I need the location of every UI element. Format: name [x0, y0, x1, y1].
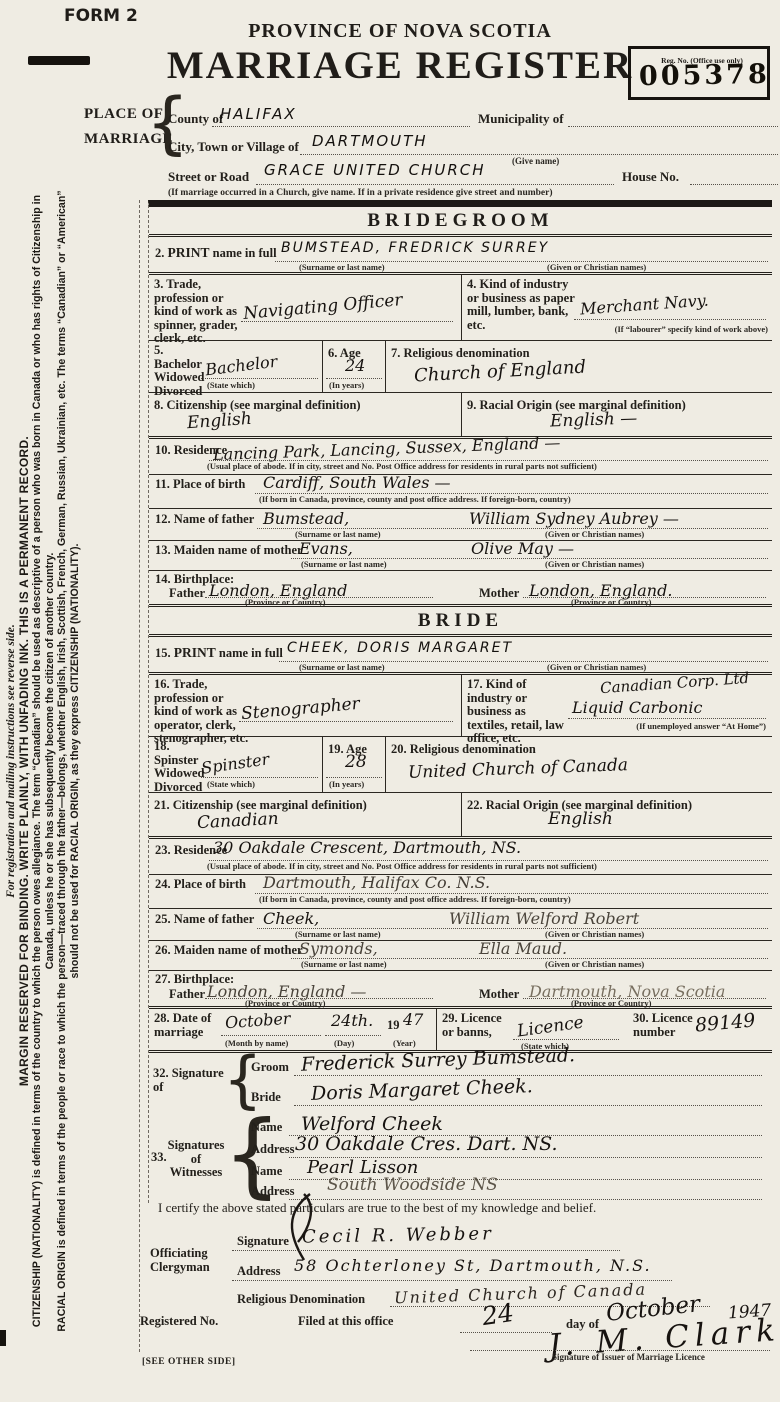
field30-label: 30. Licence number [633, 1012, 701, 1039]
witness1-name-label: Name [251, 1121, 282, 1135]
groom-status-dotline [201, 378, 318, 379]
house-no-dotline [690, 184, 778, 185]
bride-age-sub: (In years) [329, 780, 364, 789]
street-label: Street or Road [168, 170, 249, 184]
county-dotline [212, 126, 470, 127]
county-value: HALIFAX [220, 105, 297, 123]
bride-mother-birthplace-sub: (Province or Country) [571, 999, 651, 1008]
bride-residence-sub: (Usual place of abode. If in city, stree… [207, 862, 597, 871]
field16-label: 16. Trade, profession or kind of work as… [154, 678, 250, 746]
field15-no: 15. [155, 646, 171, 660]
row-witnesses: 33. Signatures of Witnesses { Name Welfo… [149, 1117, 772, 1203]
bride-trade-value: Stenographer [240, 694, 360, 724]
bride-mother-label: Mother [479, 988, 519, 1002]
cell-groom-age: 6. Age 24 (In years) [322, 341, 385, 392]
bride-signature: Doris Margaret Cheek. [311, 1075, 533, 1105]
labourer-note: (If “labourer” specify kind of work abov… [615, 325, 768, 334]
church-note: (If marriage occurred in a Church, give … [168, 189, 553, 198]
bride-mother-surname: Symonds, [299, 939, 378, 958]
see-other-side-note: [SEE OTHER SIDE] [142, 1356, 236, 1370]
witness2-name-label: Name [251, 1165, 282, 1179]
licence-number-value: 89149 [694, 1009, 756, 1036]
bride-heading: BRIDE [149, 607, 772, 632]
field11-label: 11. Place of birth [155, 478, 245, 492]
cell-groom-religion: 7. Religious denomination Church of Engl… [385, 341, 772, 392]
groom-age-dotline [326, 378, 382, 379]
row-groom-father: 12. Name of father Bumstead, William Syd… [149, 509, 772, 541]
field33-label: Signatures of Witnesses [165, 1139, 227, 1180]
field24-label: 24. Place of birth [155, 878, 246, 892]
groom-race-value: English — [550, 408, 638, 431]
groom-birthplace-sub: (If born in Canada, province, county and… [259, 495, 571, 504]
margin-binding-note: MARGIN RESERVED FOR BINDING. WRITE PLAIN… [17, 186, 31, 1336]
reg-number-box: Reg. No. (Office use only) 005378 [628, 46, 770, 100]
row-bride-mother: 26. Maiden name of mother Symonds, Ella … [149, 941, 772, 971]
bride-name-sub-surname: (Surname or last name) [299, 663, 385, 672]
field2-print: PRINT [168, 245, 210, 260]
witness1-address: 30 Oakdale Cres. Dart. NS. [295, 1133, 558, 1155]
edge-ink-mark [0, 1330, 6, 1346]
bride-trade-dotline [239, 721, 453, 722]
year-sub: (Year) [393, 1039, 416, 1048]
filed-day-value: 24 [480, 1298, 516, 1331]
bride-residence-value: 30 Oakdale Crescent, Dartmouth, NS. [213, 838, 521, 857]
groom-mother-sub-given: (Given or Christian names) [545, 560, 644, 569]
groom-industry-dotline [574, 319, 766, 320]
bride-citizenship-value: Canadian [197, 809, 280, 833]
clergy-signature-dotline [232, 1250, 620, 1251]
groom-name-sub-given: (Given or Christian names) [547, 263, 646, 272]
bride-race-value: English [548, 809, 613, 829]
groom-trade-value: Navigating Officer [242, 290, 403, 324]
groom-father-sub-surname: (Surname or last name) [295, 530, 381, 539]
bride-industry-dotline [568, 718, 766, 719]
street-value: GRACE UNITED CHURCH [264, 161, 486, 179]
field3-label: 3. Trade, profession or kind of work as … [154, 278, 250, 346]
witness1-name: Welford Cheek [301, 1113, 443, 1135]
registered-no-label: Registered No. [140, 1315, 218, 1329]
row-groom-name: 2. PRINT name in full BUMSTEAD, FREDRICK… [149, 237, 772, 275]
row-bride-citizenship-race: 21. Citizenship (see marginal definition… [149, 793, 772, 839]
certify-statement: I certify the above stated particulars a… [158, 1201, 596, 1215]
row-bride-trade-industry: 16. Trade, profession or kind of work as… [149, 675, 772, 737]
bride-section-header: BRIDE [149, 607, 772, 637]
city-label: City, Town or Village of [168, 140, 299, 154]
row-groom-residence: 10. Residence Lancing Park, Lancing, Sus… [149, 439, 772, 475]
witness1-address-label: Address [251, 1143, 295, 1157]
field13-label: 13. Maiden name of mother [155, 544, 303, 558]
at-home-note: (If unemployed answer “At Home”) [636, 722, 766, 731]
officiating-clergyman-label: Officiating Clergyman [150, 1247, 224, 1274]
marriage-month-value: October [224, 1009, 291, 1033]
bride-age-value: 28 [345, 752, 367, 772]
row-bride-father: 25. Name of father Cheek, William Welfor… [149, 909, 772, 941]
cell-groom-industry: 4. Kind of industry or business as paper… [461, 275, 772, 340]
row-bride-parents-birthplace: 27. Birthplace: Father London, England —… [149, 971, 772, 1009]
groom-status-value: Bachelor [204, 352, 278, 380]
cell-bride-status: 18. Spinster Widowed Divorced Spinster (… [149, 737, 322, 792]
clergy-address-value: 58 Ochterloney St, Dartmouth, N.S. [294, 1256, 652, 1275]
groom-industry-value: Merchant Navy. [579, 291, 709, 319]
field15-print: PRINT [174, 645, 216, 660]
marriage-year-value: 47 [403, 1010, 423, 1029]
page-title: MARRIAGE REGISTER [100, 44, 700, 88]
cell-bride-trade: 16. Trade, profession or kind of work as… [149, 675, 461, 736]
field26-label: 26. Maiden name of mother [155, 944, 303, 958]
groom-mother-birthplace-sub: (Province or Country) [571, 598, 651, 607]
binding-divider-line [139, 200, 140, 1352]
row-bride-name: 15. PRINT name in full CHEEK, DORIS MARG… [149, 637, 772, 675]
cell-licence: 29. Licence or banns, Licence (State whi… [436, 1009, 772, 1050]
bride-mother-sub-given: (Given or Christian names) [545, 960, 644, 969]
cell-groom-race: 9. Racial Origin (see marginal definitio… [461, 393, 772, 436]
bride-father-sub-surname: (Surname or last name) [295, 930, 381, 939]
bride-sig-dotline [294, 1105, 762, 1106]
binding-margin-instructions: For registration and mailing instruction… [5, 186, 135, 1336]
groom-mother-sub-surname: (Surname or last name) [301, 560, 387, 569]
month-dotline [221, 1035, 321, 1036]
cell-bride-industry: 17. Kind of industry or business as text… [461, 675, 772, 736]
row-groom-trade-industry: 3. Trade, profession or kind of work as … [149, 275, 772, 341]
year-printed-19: 19 [387, 1019, 400, 1033]
field17-label: 17. Kind of industry or business as text… [467, 678, 569, 746]
city-dotline [300, 154, 778, 155]
mother-label: Mother [479, 587, 519, 601]
row-groom-status-age-religion: 5. Bachelor Widowed Divorced Bachelor (S… [149, 341, 772, 393]
cell-bride-citizenship: 21. Citizenship (see marginal definition… [149, 793, 461, 836]
field12-label: 12. Name of father [155, 513, 254, 527]
groom-religion-value: Church of England [414, 357, 587, 387]
field7-label: 7. Religious denomination [391, 346, 530, 360]
street-dotline [256, 184, 614, 185]
house-no-label: House No. [622, 170, 679, 184]
denomination-label: Religious Denomination [237, 1293, 365, 1307]
groom-citizenship-value: English [186, 409, 252, 433]
field2-label: name in full [213, 246, 277, 260]
bride-status-dotline [201, 777, 318, 778]
field15-label: name in full [219, 646, 283, 660]
row-bride-birthplace: 24. Place of birth Dartmouth, Halifax Co… [149, 875, 772, 909]
cell-groom-status: 5. Bachelor Widowed Divorced Bachelor (S… [149, 341, 322, 392]
groom-status-sub: (State which) [207, 381, 255, 390]
row-groom-birthplace: 11. Place of birth Cardiff, South Wales … [149, 475, 772, 509]
county-label: County of [168, 112, 223, 126]
marriage-register-page: For registration and mailing instruction… [0, 0, 780, 1402]
cell-bride-age: 19. Age 28 (In years) [322, 737, 385, 792]
margin-registration-note: For registration and mailing instruction… [5, 186, 17, 1336]
filed-day-dotline [460, 1332, 552, 1333]
city-value: DARTMOUTH [312, 132, 428, 150]
filed-label: Filed at this office [298, 1315, 393, 1329]
cell-groom-citizenship: 8. Citizenship (see marginal definition)… [149, 393, 461, 436]
bride-father-given: William Welford Robert [449, 909, 639, 928]
groom-sig-label: Groom [251, 1061, 289, 1075]
day-sub: (Day) [334, 1039, 354, 1048]
bride-father-label: Father [169, 988, 205, 1002]
bride-age-dotline [326, 777, 382, 778]
day-dotline [325, 1035, 381, 1036]
groom-name-value: BUMSTEAD, FREDRICK SURREY [281, 240, 549, 256]
margin-citizenship-definition: CITIZENSHIP (NATIONALITY) is defined in … [31, 186, 56, 1336]
marriage-day-value: 24th. [331, 1011, 373, 1030]
row-bride-status-age-religion: 18. Spinster Widowed Divorced Spinster (… [149, 737, 772, 793]
groom-trade-dotline [241, 321, 453, 322]
licence-or-banns-value: Licence [516, 1012, 585, 1041]
groom-father-sub-given: (Given or Christian names) [545, 530, 644, 539]
groom-age-value: 24 [345, 356, 365, 375]
reg-number-stamp: 005378 [639, 59, 770, 92]
groom-father-birthplace-sub: (Province or Country) [245, 598, 325, 607]
clergy-address-label: Address [237, 1265, 281, 1279]
cell-bride-religion: 20. Religious denomination United Church… [385, 737, 772, 792]
witness2-address: South Woodside NS [327, 1175, 498, 1195]
margin-racial-origin-definition: RACIAL ORIGIN is defined in terms of the… [56, 186, 81, 1336]
row-bride-residence: 23. Residence 30 Oakdale Crescent, Dartm… [149, 839, 772, 875]
bride-father-birthplace-sub: (Province or Country) [245, 999, 325, 1008]
bride-status-sub: (State which) [207, 780, 255, 789]
groom-mother-given: Olive May — [471, 539, 574, 558]
groom-birthplace-value: Cardiff, South Wales — [263, 473, 451, 492]
register-form-table: BRIDEGROOM 2. PRINT name in full BUMSTEA… [148, 200, 772, 1203]
bridegroom-heading: BRIDEGROOM [149, 207, 772, 232]
field20-label: 20. Religious denomination [391, 742, 536, 756]
groom-name-sub-surname: (Surname or last name) [299, 263, 385, 272]
field32-label: 32. Signature of [153, 1067, 225, 1094]
groom-father-given: William Sydney Aubrey — [469, 509, 679, 528]
cell-bride-race: 22. Racial Origin (see marginal definiti… [461, 793, 772, 836]
field4-label: 4. Kind of industry or business as paper… [467, 278, 575, 332]
issuer-signature-label: Signature of Issuer of Marriage Licence [552, 1353, 705, 1362]
cell-marriage-date: 28. Date of marriage October 24th. 19 47… [149, 1009, 436, 1050]
licence-dotline [513, 1039, 619, 1040]
bride-religion-value: United Church of Canada [408, 755, 629, 783]
give-name-note: (Give name) [512, 157, 559, 166]
field8-label: 8. Citizenship (see marginal definition) [154, 398, 361, 412]
groom-age-sub: (In years) [329, 381, 364, 390]
groom-residence-sub: (Usual place of abode. If in city, stree… [207, 462, 597, 471]
bride-mother-given: Ella Maud. [479, 939, 567, 958]
row-groom-parents-birthplace: 14. Birthplace: Father London, England (… [149, 571, 772, 607]
bride-mother-sub-surname: (Surname or last name) [301, 960, 387, 969]
cell-groom-trade: 3. Trade, profession or kind of work as … [149, 275, 461, 340]
father-label: Father [169, 587, 205, 601]
bride-birthplace-sub: (If born in Canada, province, county and… [259, 895, 571, 904]
registrar-ink-dash [28, 56, 90, 65]
groom-father-surname: Bumstead, [263, 509, 349, 528]
field28-label: 28. Date of marriage [154, 1012, 226, 1039]
province-heading: PROVINCE OF NOVA SCOTIA [120, 20, 680, 43]
bride-name-sub-given: (Given or Christian names) [547, 663, 646, 672]
field2-no: 2. [155, 246, 164, 260]
row-groom-mother: 13. Maiden name of mother Evans, Olive M… [149, 541, 772, 571]
bride-father-sub-given: (Given or Christian names) [545, 930, 644, 939]
field25-label: 25. Name of father [155, 913, 254, 927]
bride-birthplace-value: Dartmouth, Halifax Co. N.S. [263, 873, 490, 892]
municipality-dotline [568, 126, 778, 127]
issuer-signature-dotline [470, 1350, 770, 1351]
field29-label: 29. Licence or banns, [442, 1012, 516, 1039]
clergy-signature-label: Signature [237, 1235, 289, 1249]
clergy-signature-value: Cecil R. Webber [302, 1223, 494, 1247]
bridegroom-section-header: BRIDEGROOM [149, 207, 772, 237]
bride-father-surname: Cheek, [263, 909, 319, 928]
municipality-label: Municipality of [478, 112, 564, 126]
bride-industry-value: Liquid Carbonic [572, 698, 702, 717]
groom-mother-surname: Evans, [299, 539, 353, 558]
bride-name-value: CHEEK, DORIS MARGARET [287, 640, 513, 656]
row-groom-citizenship-race: 8. Citizenship (see marginal definition)… [149, 393, 772, 439]
